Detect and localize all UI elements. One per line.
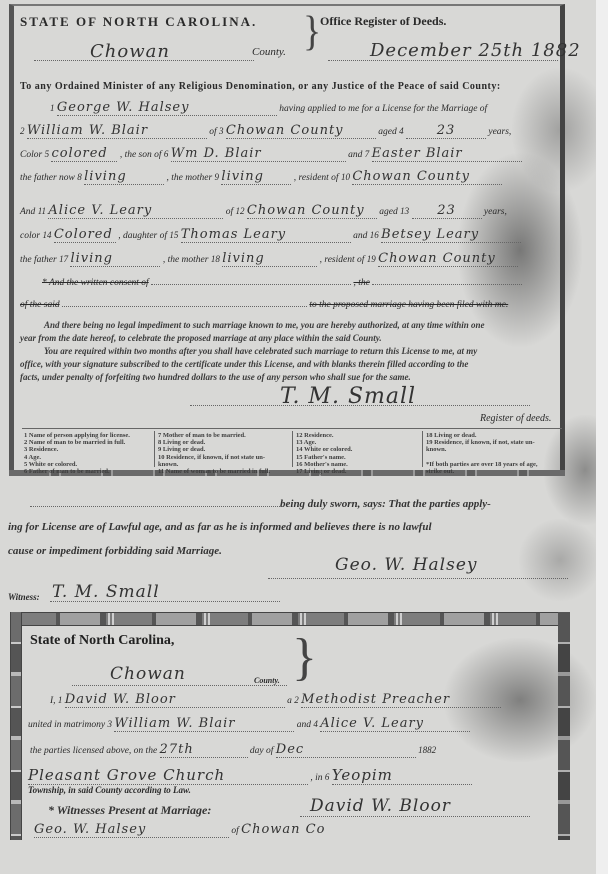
groom-father: Wm D. Blair	[171, 146, 346, 162]
authorization-line-5: facts, under penalty of forfeiting two h…	[20, 372, 411, 382]
bride-residence: Chowan County	[247, 203, 377, 219]
bride-color: Colored	[54, 227, 116, 243]
county-value: Chowan	[90, 41, 170, 62]
bride-age: 23	[412, 203, 482, 219]
bride-parents-row: color 14 Colored , daughter of 15 Thomas…	[20, 227, 521, 243]
register-signature: T. M. Small	[280, 384, 416, 409]
bride-mother-status: living	[222, 251, 317, 267]
certificate-county-line	[72, 685, 287, 686]
marriage-witness-name: Geo. W. Halsey	[34, 822, 229, 838]
officiant-signature-line	[300, 816, 530, 817]
bride-father: Thomas Leary	[181, 227, 351, 243]
office-title: Office Register of Deeds.	[320, 14, 446, 29]
certificate-county-label: County.	[254, 676, 280, 685]
groom-name-row: 2 William W. Blair of 3 Chowan County ag…	[20, 123, 511, 139]
authorization-line-1: And there being no legal impediment to s…	[44, 320, 485, 330]
consent-row: * And the written consent of , the	[42, 275, 522, 288]
marriage-township: Yeopim	[332, 766, 472, 785]
marriage-year: 1882	[418, 745, 436, 755]
officiant-name: David W. Bloor	[65, 692, 285, 708]
marriage-license-document: STATE OF NORTH CAROLINA. } Office Regist…	[0, 0, 608, 874]
consent-struck-text: * And the written consent of	[42, 278, 149, 288]
certificate-border-left	[10, 612, 22, 840]
groom-parents-row: Color 5 colored , the son of 6 Wm D. Bla…	[20, 146, 522, 162]
groom-color: colored	[51, 146, 117, 162]
page-margin	[596, 0, 608, 874]
groom-age: 23	[406, 123, 486, 139]
groom-mother: Easter Blair	[372, 146, 522, 162]
reference-column-3: 12 Residence. 13 Age. 14 White or colore…	[296, 432, 352, 475]
groom-residence: Chowan County	[226, 123, 376, 139]
applicant-row: 1 George W. Halsey having applied to me …	[50, 100, 487, 116]
bride-status-row: the father 17 living , the mother 18 liv…	[20, 251, 518, 267]
groom-mother-status: living	[221, 169, 291, 185]
oath-line-2: ing for License are of Lawful age, and a…	[8, 521, 432, 533]
marriage-place: Pleasant Grove Church	[28, 766, 308, 785]
township-label: Township, in said County according to La…	[28, 785, 191, 795]
certificate-brace: }	[292, 628, 317, 687]
certificate-county-value: Chowan	[110, 664, 186, 684]
date-row: the parties licensed above, on the 27th …	[30, 742, 436, 758]
oath-line-1: being duly sworn, says: That the parties…	[30, 497, 491, 510]
affiant-signature: Geo. W. Halsey	[335, 555, 477, 575]
header-brace: }	[303, 8, 321, 56]
groom-father-status: living	[84, 169, 164, 185]
groom-resident: Chowan County	[352, 169, 502, 185]
bride-name: Alice V. Leary	[48, 203, 223, 219]
marriage-witness-residence: Chowan Co	[241, 822, 361, 837]
officiant-title: Methodist Preacher	[301, 692, 501, 708]
oath-line-3: cause or impediment forbidding said Marr…	[8, 545, 222, 557]
officiant-signature: David W. Bloor	[310, 796, 451, 816]
affiant-signature-line	[268, 578, 568, 579]
certificate-border-top	[10, 612, 570, 626]
field-reference-key: 1 Name of person applying for license. 2…	[22, 428, 562, 470]
certificate-state-title: State of North Carolina,	[30, 633, 174, 649]
county-label: County.	[252, 46, 286, 58]
marriage-month: Dec	[276, 742, 416, 758]
license-date: December 25th 1882	[370, 40, 581, 61]
bride-resident: Chowan County	[378, 251, 518, 267]
certificate-groom: William W. Blair	[114, 716, 294, 732]
applicant-suffix: having applied to me for a License for t…	[279, 104, 487, 114]
groom-name: William W. Blair	[27, 123, 207, 139]
witness-row: Geo. W. Halsey of Chowan Co	[34, 822, 361, 838]
certificate-bride: Alice V. Leary	[320, 716, 470, 732]
groom-status-row: the father now 8 living , the mother 9 l…	[20, 169, 502, 185]
affiant-name-blank	[30, 497, 280, 507]
bride-mother: Betsey Leary	[381, 227, 521, 243]
witness-signature: T. M. Small	[52, 582, 160, 602]
reference-column-2: 7 Mother of man to be married. 8 Living …	[158, 432, 270, 475]
certificate-border-right	[558, 612, 570, 840]
bride-father-status: living	[70, 251, 160, 267]
place-row: Pleasant Grove Church , in 6 Yeopim	[28, 766, 472, 785]
witness-label: Witness:	[8, 592, 40, 602]
state-title: STATE OF NORTH CAROLINA.	[20, 14, 257, 30]
authorization-line-2: year from the date hereof, to celebrate …	[20, 333, 382, 343]
united-row: united in matrimony 3 William W. Blair a…	[28, 716, 470, 732]
marriage-day: 27th	[160, 742, 248, 758]
register-label: Register of deeds.	[480, 413, 551, 424]
authorization-line-4: office, with your signature subscribed t…	[20, 359, 468, 369]
consent-row-2: of the said to the proposed marriage hav…	[20, 297, 508, 310]
applicant-name: George W. Halsey	[57, 100, 277, 116]
bride-name-row: And 11 Alice V. Leary of 12 Chowan Count…	[20, 203, 507, 219]
officiant-row: I, 1 David W. Bloor a 2 Methodist Preach…	[50, 692, 501, 708]
authorization-line-3: You are required within two months after…	[44, 346, 477, 356]
salutation: To any Ordained Minister of any Religiou…	[20, 81, 501, 92]
witnesses-label: * Witnesses Present at Marriage:	[48, 803, 211, 818]
reference-column-1: 1 Name of person applying for license. 2…	[24, 432, 130, 475]
reference-column-4: 18 Living or dead. 19 Residence, if know…	[426, 432, 538, 475]
